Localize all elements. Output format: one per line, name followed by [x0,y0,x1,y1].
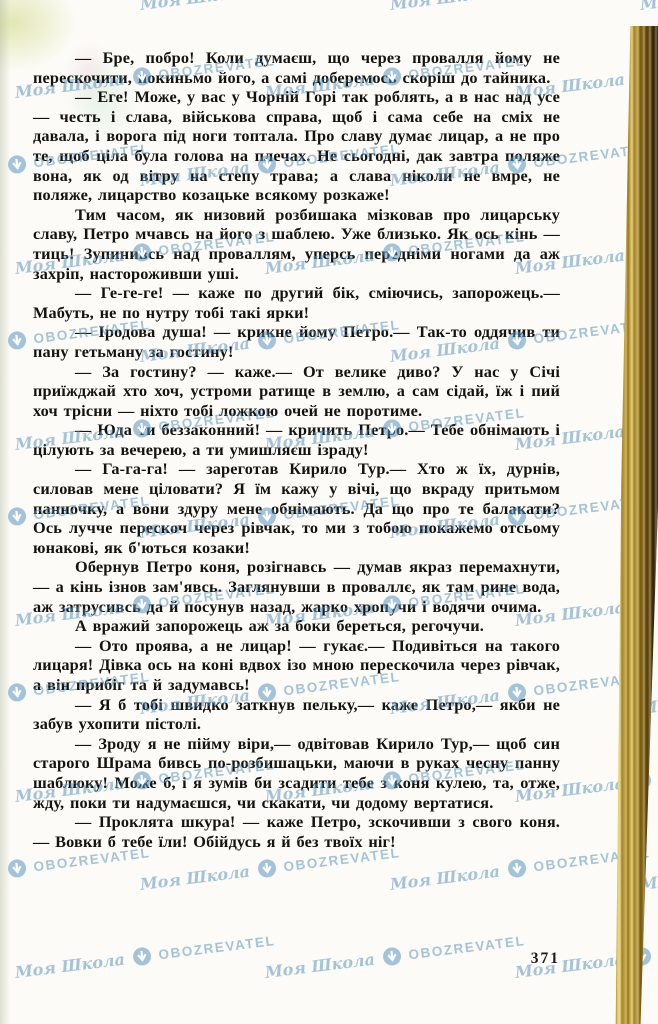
paragraph: — Юда ти беззаконний! — кричить Петро.— … [33,420,560,459]
watermark-school-label: Моя Школа [139,861,251,893]
watermark: Моя ШколаOBOZREVATEL [389,0,652,14]
watermark-brand-label: OBOZREVATEL [158,933,277,962]
page-text: — Бре, побро! Коли думаєш, що через пров… [33,48,560,851]
paragraph: — Ото проява, а не лицар! — гукає.— Поди… [33,636,560,695]
paragraph: Тим часом, як низовий розбишака мізковав… [33,205,560,283]
paragraph: — Проклята шкура! — каже Петро, зскочивш… [33,812,560,851]
paragraph: — Еге! Може, у вас у Чорній Горі так роб… [33,87,560,205]
paragraph: — Іродова душа! — крикне йому Петро.— Та… [33,322,560,361]
page-number: 371 [480,950,562,968]
watermark: Моя ШколаOBOZREVATEL [639,0,658,14]
paragraph: — За гостину? — каже.— От велике диво? У… [33,362,560,421]
paragraph: — Зроду я не пійму віри,— одвітовав Кири… [33,734,560,812]
watermark-school-label: Моя Школа [264,949,376,981]
obozrevatel-logo-icon [380,945,402,967]
obozrevatel-logo-icon [130,945,152,967]
scan-left-shade [0,0,10,1024]
watermark: Моя ШколаOBOZREVATEL [139,0,402,14]
obozrevatel-logo-icon [505,857,527,879]
book-page: — Бре, побро! Коли думаєш, що через пров… [0,0,658,1024]
book-edge [612,26,658,1024]
paragraph: — Га-га-га! — зареготав Кирило Тур.— Хто… [33,459,560,557]
paragraph: А вражий запорожець аж за боки береться,… [33,616,560,636]
watermark: Моя ШколаOBOZREVATEL [14,930,277,982]
paragraph: Обернув Петро коня, розігнавсь — думав я… [33,557,560,616]
paragraph: — Ге-ге-ге! — каже по другий бік, сміючи… [33,283,560,322]
obozrevatel-logo-icon [255,857,277,879]
watermark-school-label: Моя Школа [14,949,126,981]
watermark-school-label: Моя Школа [639,0,658,13]
paragraph: — Бре, побро! Коли думаєш, що через пров… [33,48,560,87]
watermark-school-label: Моя Школа [389,0,501,13]
watermark-school-label: Моя Школа [389,861,501,893]
paragraph: — Я б тобі швидко заткнув пельку,— каже … [33,695,560,734]
